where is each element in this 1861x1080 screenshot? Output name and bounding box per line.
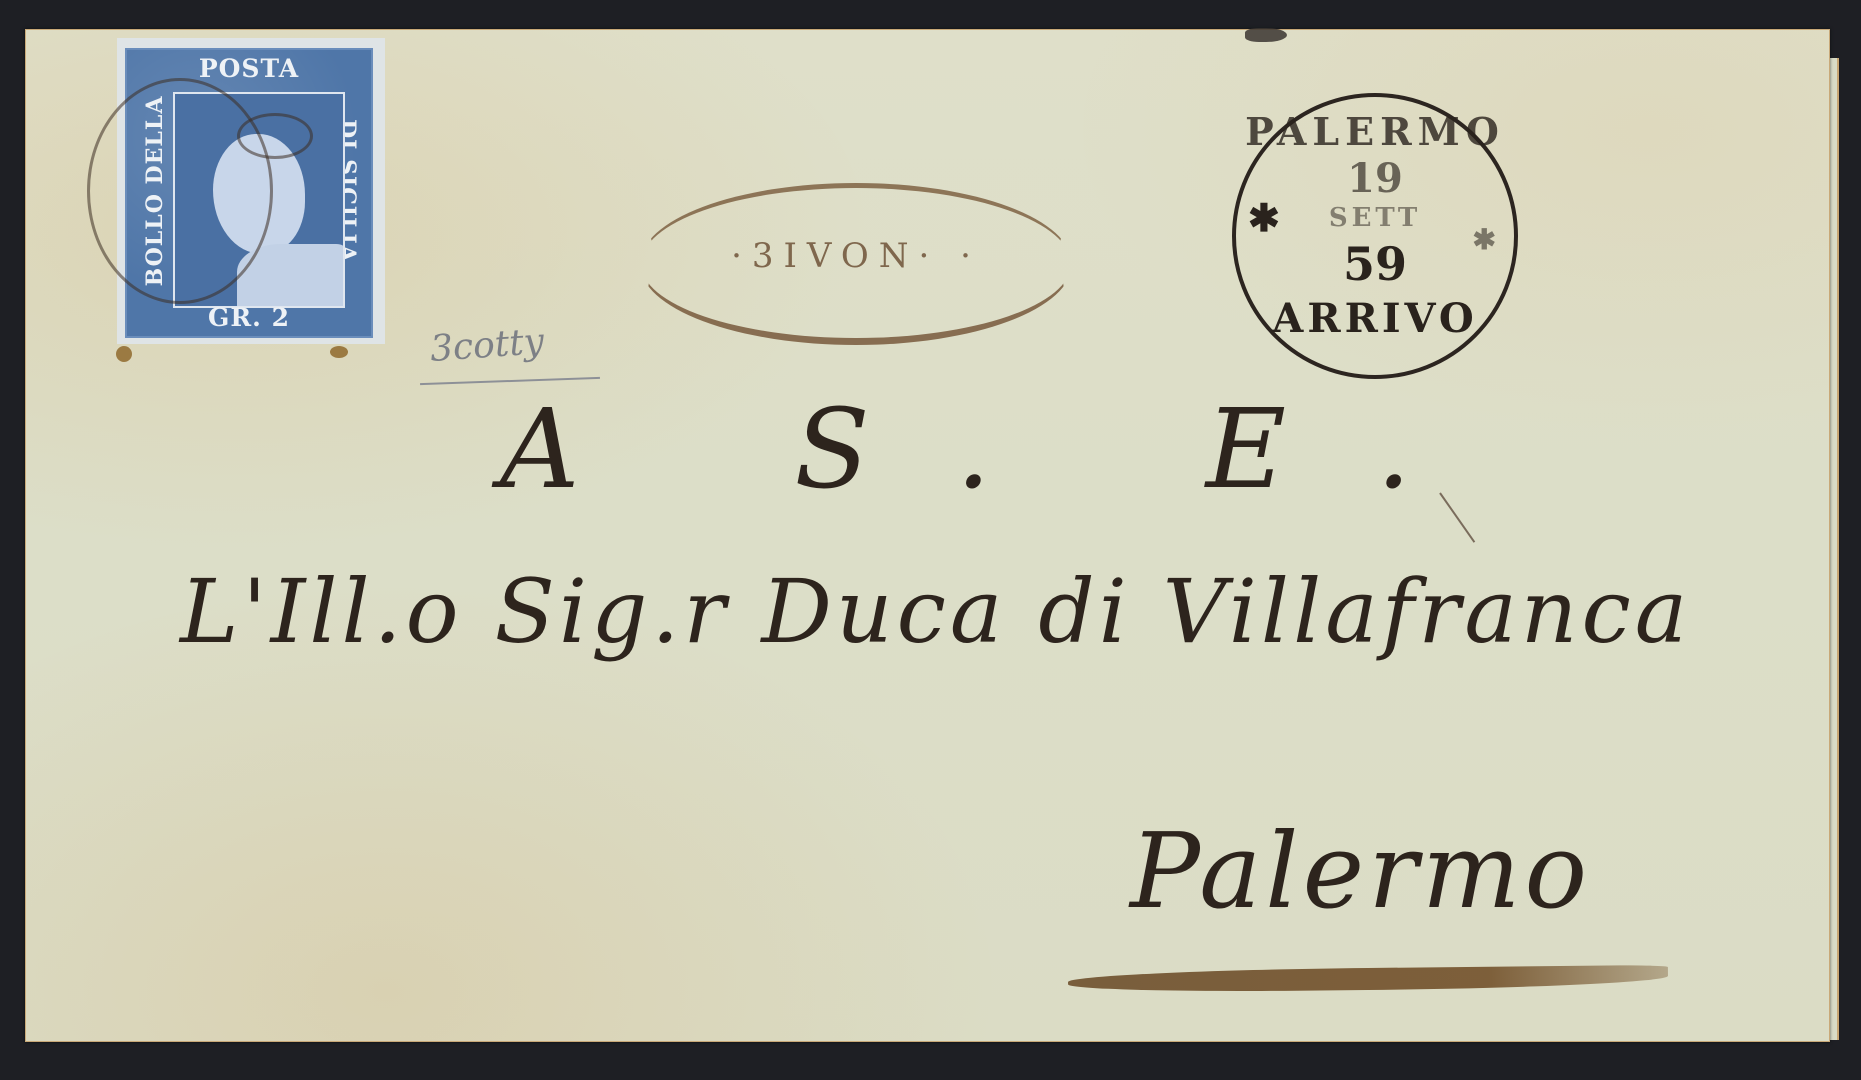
circular-postmark: PALERMO 19 SETT 59 ARRIVO ✱ ✱ — [1232, 93, 1518, 379]
address-city: Palermo — [1130, 810, 1591, 932]
pencil-notation: 3cotty — [429, 321, 546, 370]
address-salutation: A S. E. — [500, 385, 1501, 513]
foxing-spot — [330, 346, 348, 358]
star-icon: ✱ — [1473, 223, 1496, 256]
star-icon: ✱ — [1248, 195, 1280, 240]
postmark-city: PALERMO — [1236, 109, 1514, 154]
cancel-ring — [237, 113, 313, 159]
ink-mark — [1245, 28, 1287, 42]
stamp-denomination: GR. 2 — [127, 303, 371, 332]
oval-handstamp: ·3IVON· · — [640, 183, 1072, 345]
foxing-spot — [116, 346, 132, 362]
cancel-ring — [87, 78, 273, 304]
postmark-arrival-label: ARRIVO — [1236, 295, 1514, 342]
postage-stamp: POSTA BOLLO DELLA DI SICILIA GR. 2 — [117, 38, 385, 344]
address-addressee: L'Ill.o Sig.r Duca di Villafranca — [180, 560, 1691, 663]
oval-handstamp-text: ·3IVON· · — [641, 236, 1071, 276]
